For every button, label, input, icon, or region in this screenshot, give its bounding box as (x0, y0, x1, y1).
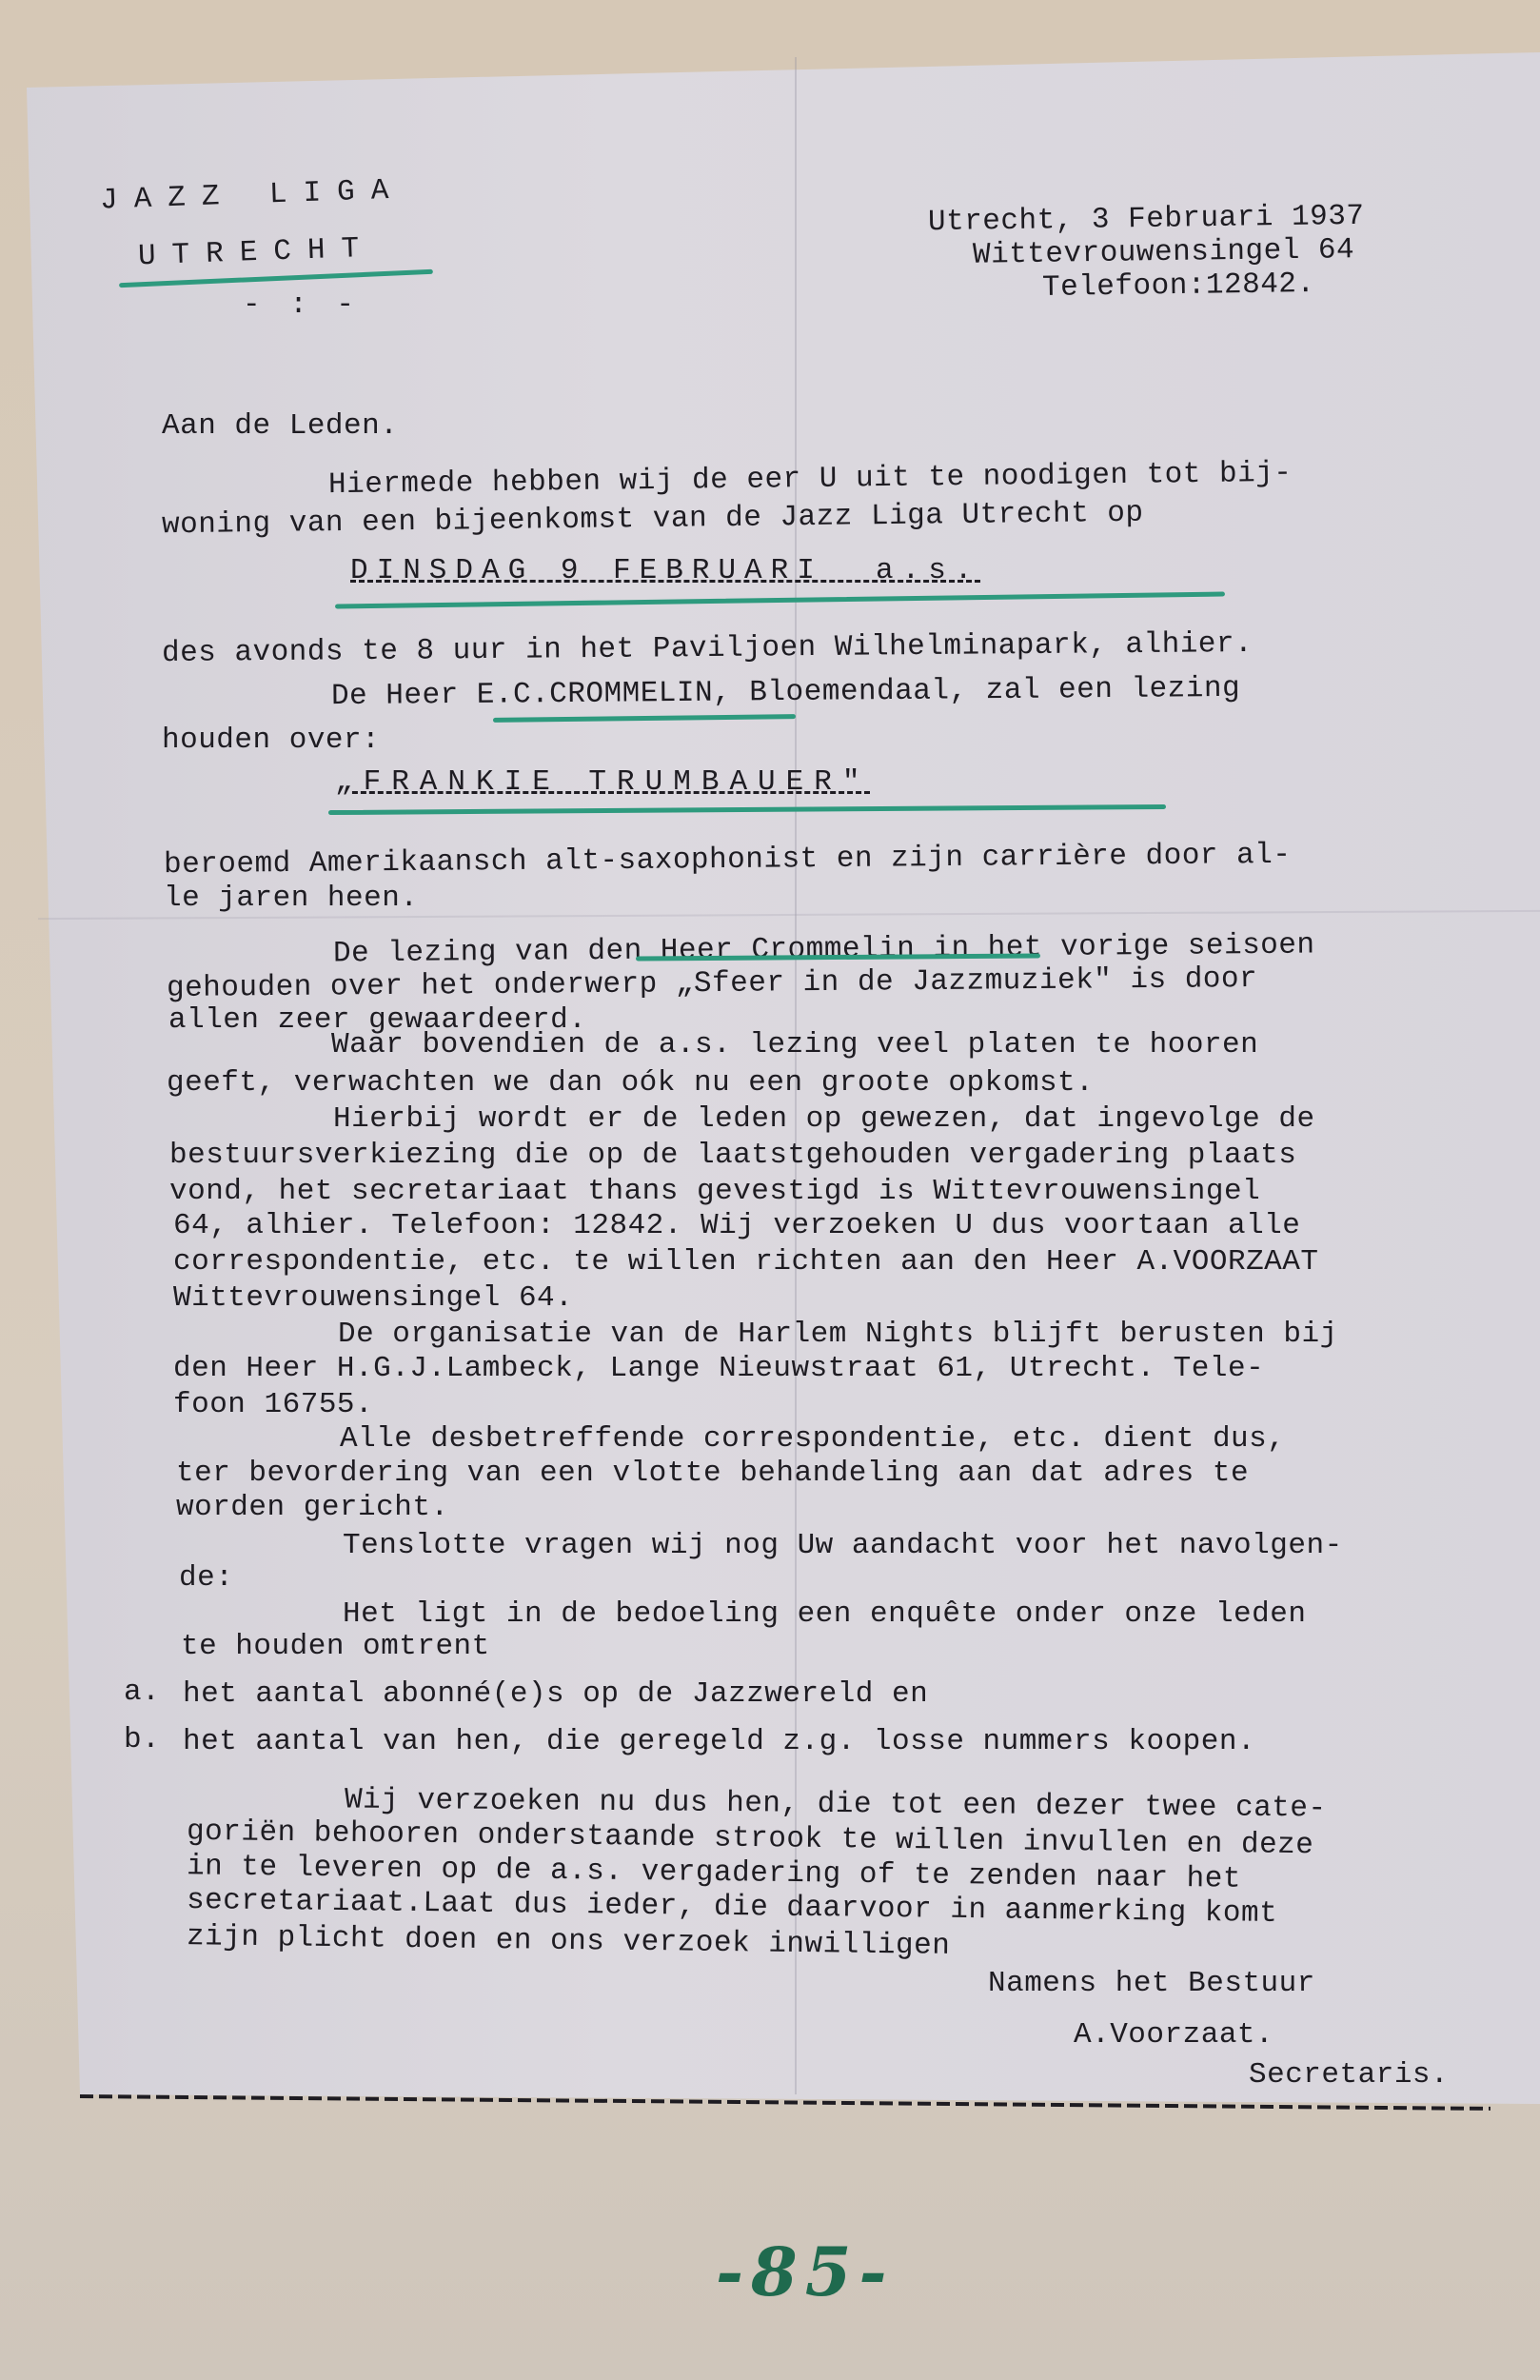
body-line: Wittevrouwensingel 64. (173, 1283, 573, 1313)
sender-phone: Telefoon:12842. (1042, 269, 1315, 303)
body-line: Het ligt in de bedoeling een enquête ond… (343, 1599, 1306, 1629)
page-number: -85- (716, 2232, 895, 2311)
sender-place-date: Utrecht, 3 Februari 1937 (928, 202, 1365, 237)
letterhead-org-line2: UTRECHT (138, 234, 376, 272)
closing-signatory: A.Voorzaat. (1074, 2020, 1273, 2050)
salutation: Aan de Leden. (162, 411, 398, 441)
body-line: le jaren heen. (164, 883, 418, 913)
body-line: worden gericht. (176, 1493, 449, 1522)
body-line: correspondentie, etc. te willen richten … (173, 1247, 1319, 1277)
body-line: De Heer E.C.CROMMELIN, Bloemendaal, zal … (331, 674, 1240, 711)
event-date: DINSDAG 9 FEBRUARI a.s. (350, 556, 980, 585)
sender-address: Wittevrouwensingel 64 (973, 235, 1355, 270)
body-line: de: (179, 1563, 233, 1593)
body-line: Waar bovendien de a.s. lezing veel plate… (331, 1030, 1258, 1060)
body-line: bestuursverkiezing die op de laatstgehou… (169, 1140, 1296, 1170)
body-line: geeft, verwachten we dan oók nu een groo… (167, 1068, 1094, 1098)
body-line: Tenslotte vragen wij nog Uw aandacht voo… (343, 1531, 1343, 1560)
body-line: Wij verzoeken nu dus hen, die tot een de… (345, 1785, 1327, 1823)
body-line: De organisatie van de Harlem Nights blij… (338, 1319, 1338, 1349)
list-item-a: het aantal abonné(e)s op de Jazzwereld e… (183, 1679, 928, 1709)
body-line: foon 16755. (173, 1390, 373, 1419)
body-line: den Heer H.G.J.Lambeck, Lange Nieuwstraa… (173, 1354, 1264, 1383)
closing-on-behalf: Namens het Bestuur (988, 1969, 1315, 1998)
body-line: Hierbij wordt er de leden op gewezen, da… (333, 1104, 1315, 1134)
body-line: vond, het secretariaat thans gevestigd i… (169, 1177, 1260, 1206)
body-line: Alle desbetreffende correspondentie, etc… (340, 1424, 1285, 1454)
body-line: ter bevordering van een vlotte behandeli… (176, 1458, 1249, 1488)
lecture-title: „FRANKIE TRUMBAUER" (335, 767, 870, 797)
body-line: te houden omtrent (181, 1632, 490, 1661)
list-marker-a: a. (124, 1677, 160, 1707)
list-item-b: het aantal van hen, die geregeld z.g. lo… (183, 1727, 1255, 1756)
letterhead-ornament: - : - (243, 290, 360, 320)
body-line: houden over: (162, 725, 380, 755)
closing-title: Secretaris. (1249, 2060, 1449, 2090)
list-marker-b: b. (124, 1725, 160, 1755)
body-line: 64, alhier. Telefoon: 12842. Wij verzoek… (173, 1211, 1300, 1240)
